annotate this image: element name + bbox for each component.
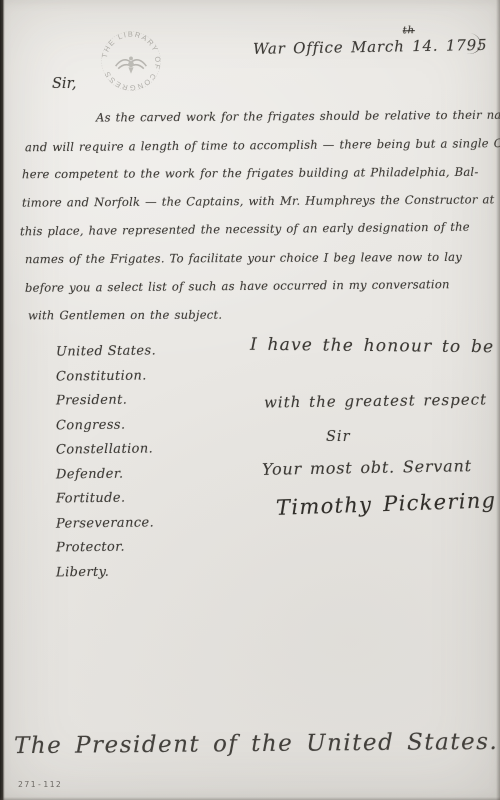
ship-name-item: Constitution. [56, 368, 147, 384]
signature: Timothy Pickering [276, 488, 497, 520]
dateline-superscript: th [403, 25, 415, 36]
ship-name-item: President. [56, 393, 127, 409]
library-of-congress-stamp: THE LIBRARY OF CONGRESS [99, 29, 163, 93]
eagle-icon [116, 57, 147, 74]
closing-line: I have the honour to be [250, 335, 495, 358]
scan-edge-left [0, 0, 5, 800]
body-line: before you a select list of such as have… [25, 277, 450, 295]
catalog-number: 271-112 [18, 780, 62, 789]
body-line: with Gentlemen on the subject. [28, 308, 222, 323]
ship-name-item: Protector. [56, 540, 125, 556]
ship-name-item: Defender. [56, 467, 124, 483]
closing-line: with the greatest respect [264, 390, 487, 411]
body-line: and will require a length of time to acc… [25, 136, 500, 154]
scan-edge-right [496, 0, 500, 800]
ship-name-item: Fortitude. [56, 491, 126, 507]
ship-name-item: Congress. [56, 418, 126, 434]
closing-line: Sir [326, 429, 351, 445]
body-line: timore and Norfolk — the Captains, with … [22, 192, 495, 209]
svg-text:THE LIBRARY OF CONGRESS: THE LIBRARY OF CONGRESS [100, 30, 163, 93]
salutation: Sir, [52, 76, 77, 92]
ship-name-item: Perseverance. [56, 515, 154, 531]
body-line: here competent to the work for the friga… [22, 165, 479, 181]
stamp-text: THE LIBRARY OF CONGRESS [100, 30, 163, 93]
letter-scan-page: THE LIBRARY OF CONGRESS War Office March… [0, 0, 500, 800]
ship-name-item: Constellation. [56, 441, 153, 457]
addressee: The President of the United States. [14, 729, 499, 759]
dateline: War Office March 14. 1795 th [253, 36, 475, 58]
dateline-text: War Office March 14. 1795 [253, 36, 488, 58]
body-line: As the carved work for the frigates shou… [96, 107, 500, 124]
stamp-graphic: THE LIBRARY OF CONGRESS [99, 29, 163, 93]
closing-line: Your most obt. Servant [262, 456, 472, 479]
ship-name-item: Liberty. [56, 565, 109, 581]
ship-name-item: United States. [56, 343, 156, 359]
body-line: this place, have represented the necessi… [20, 220, 470, 239]
body-line: names of the Frigates. To facilitate you… [25, 250, 462, 266]
